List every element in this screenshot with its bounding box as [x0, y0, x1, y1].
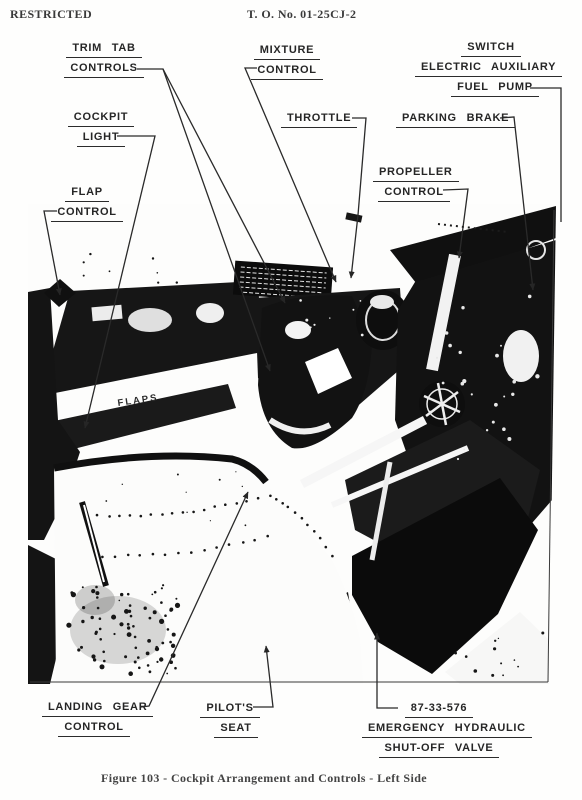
- callout-line: CONTROL: [58, 719, 129, 737]
- callout-line: CONTROL: [51, 204, 122, 222]
- callout-emergency-hydraulic-shutoff-valve: 87-33-576 EMERGENCY HYDRAULIC SHUT-OFF V…: [362, 699, 516, 759]
- leader-fuel-pump: [530, 88, 561, 222]
- callout-line: EMERGENCY HYDRAULIC: [362, 720, 532, 738]
- callout-cockpit-light: COCKPIT LIGHT: [60, 108, 142, 148]
- callout-line: PILOT'S: [200, 700, 259, 718]
- callout-flap-control: FLAP CONTROL: [48, 183, 126, 223]
- callout-line: ELECTRIC AUXILIARY: [415, 59, 562, 77]
- callout-line: FLAP: [65, 184, 109, 202]
- callout-line: FUEL PUMP: [451, 79, 539, 97]
- callout-line: SWITCH: [461, 39, 521, 57]
- callout-mixture-control: MIXTURE CONTROL: [246, 41, 328, 81]
- callout-line: THROTTLE: [281, 110, 357, 128]
- callout-line: LIGHT: [77, 129, 126, 147]
- callout-line: PARKING BRAKE: [396, 110, 515, 128]
- callout-parking-brake: PARKING BRAKE: [396, 109, 506, 129]
- photo-trim-wheel: [419, 381, 465, 427]
- manual-page: RESTRICTED T. O. No. 01-25CJ-2 FLAPS: [0, 0, 582, 800]
- callout-landing-gear-control: LANDING GEAR CONTROL: [42, 698, 146, 738]
- callout-throttle: THROTTLE: [281, 109, 357, 129]
- callout-pilots-seat: PILOT'S SEAT: [189, 699, 271, 739]
- figure-caption: Figure 103 - Cockpit Arrangement and Con…: [0, 771, 528, 786]
- callout-line: CONTROLS: [64, 60, 143, 78]
- callout-line: LANDING GEAR: [42, 699, 153, 717]
- cockpit-photo: FLAPS: [28, 204, 556, 684]
- callout-line: PROPELLER: [373, 164, 459, 182]
- callout-electric-auxiliary-fuel-pump-switch: SWITCH ELECTRIC AUXILIARY FUEL PUMP: [415, 38, 547, 98]
- callout-line: MIXTURE: [254, 42, 320, 60]
- callout-line: CONTROL: [251, 62, 322, 80]
- callout-line: 87-33-576: [405, 700, 473, 718]
- callout-line: COCKPIT: [68, 109, 134, 127]
- callout-line: TRIM TAB: [66, 40, 141, 58]
- callout-propeller-control: PROPELLER CONTROL: [373, 163, 455, 203]
- callout-line: SEAT: [214, 720, 257, 738]
- callout-trim-tab-controls: TRIM TAB CONTROLS: [58, 39, 150, 79]
- callout-line: CONTROL: [378, 184, 449, 202]
- callout-line: SHUT-OFF VALVE: [379, 740, 500, 758]
